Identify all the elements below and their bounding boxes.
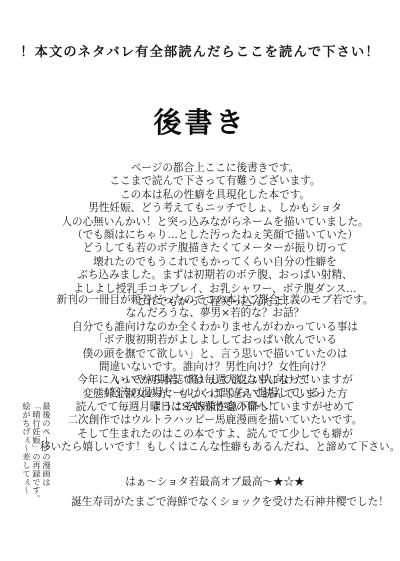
text-line: 移いたら嬉しいです！もしくはこんな性癖もあるんだね、と諦めて下さい。	[40, 441, 390, 454]
exclamation-line: はぁ～ショタ若最高オブ最高～★☆★	[40, 476, 390, 489]
text-line: ここまで読んで下さって有難うございます。	[40, 175, 390, 188]
text-line: ページの都合上ここに後書きです。	[40, 162, 390, 175]
side-note-column: 「晴行妊娠」の再録です。	[32, 402, 41, 532]
text-line: 人の心無いんかい！と突っ込みながらネームを描いていました。	[40, 216, 390, 229]
text-line: この本は私の性癖を具現化した本です。	[40, 189, 390, 202]
scan-artifact-mark	[20, 278, 28, 284]
text-line: 今年に入ってから本誌では毎週大変な事になっていますが	[40, 374, 390, 387]
text-line: 二次創作ではウルトラハッピー馬鹿漫画を描いていたいです。	[40, 414, 390, 427]
spoiler-warning-banner: ！本文のネタバレ有全部読んだらここを読んで下さい！	[0, 41, 400, 60]
text-line: なんだろうな、夢男×若的な？お話？	[40, 307, 390, 320]
text-line: 自分でも誰向けなのか全くわかりませんがわかっている事は	[40, 321, 390, 334]
text-line: 読んでて毎週月曜日はSAN値が急下降していますがせめて	[40, 401, 390, 414]
text-line: 壊れたのでもうこれでもかってくらい自分の性癖を	[40, 256, 390, 269]
text-line: 僕の頭を撫でて欲しい」と、言う思いで描いていたのは	[40, 348, 390, 361]
closing-signature: 誕生寿司がたまごで海鮮でなくショックを受けた石神井樱でした！	[60, 496, 400, 509]
text-line: ぶち込みました。まずは初期若のボテ腹、おっぱい射精、	[40, 269, 390, 282]
text-line: 「ボテ腹初期若がよしよししておっぱい飲んでいる	[40, 334, 390, 347]
side-note-column: 絵がちげぇ～差してぇ～	[22, 402, 31, 532]
text-line: （怒涛の退場セールかってくらい退場している）	[40, 387, 390, 400]
paragraph-intro: ページの都合上ここに後書きです。 ここまで読んで下さって有難うございます。 この…	[40, 162, 390, 309]
text-line: どうしても若のボテ腹描きたくてメーターが振り切って	[40, 242, 390, 255]
afterword-page: ！本文のネタバレ有全部読んだらここを読んで下さい！ 後書き ページの都合上ここに…	[0, 0, 400, 561]
text-line: 間違いないです。誰向け？男性向け？女性向け？	[40, 361, 390, 374]
text-line: 男性妊娠、どう考えてもニッチでしょ、しかもショタ	[40, 202, 390, 215]
text-line: 新刊の一冊目が頼若だったのでこの本はご都合主義のモブ若です。	[40, 294, 390, 307]
text-line: （でも顔はにちゃり…とした汚ったねぇ笑顔で描いていた）	[40, 229, 390, 242]
text-line: そして生まれたのはこの本ですよ、読んでて少しでも癖が	[40, 428, 390, 441]
page-title: 後書き	[0, 101, 400, 141]
handwritten-side-note: 最後のページの漫画は 「晴行妊娠」の再録です。 絵がちげぇ～差してぇ～	[22, 402, 51, 532]
paragraph-this-year: 今年に入ってから本誌では毎週大変な事になっていますが （怒涛の退場セールかってく…	[40, 374, 390, 454]
side-note-column: 最後のページの漫画は	[42, 402, 51, 532]
